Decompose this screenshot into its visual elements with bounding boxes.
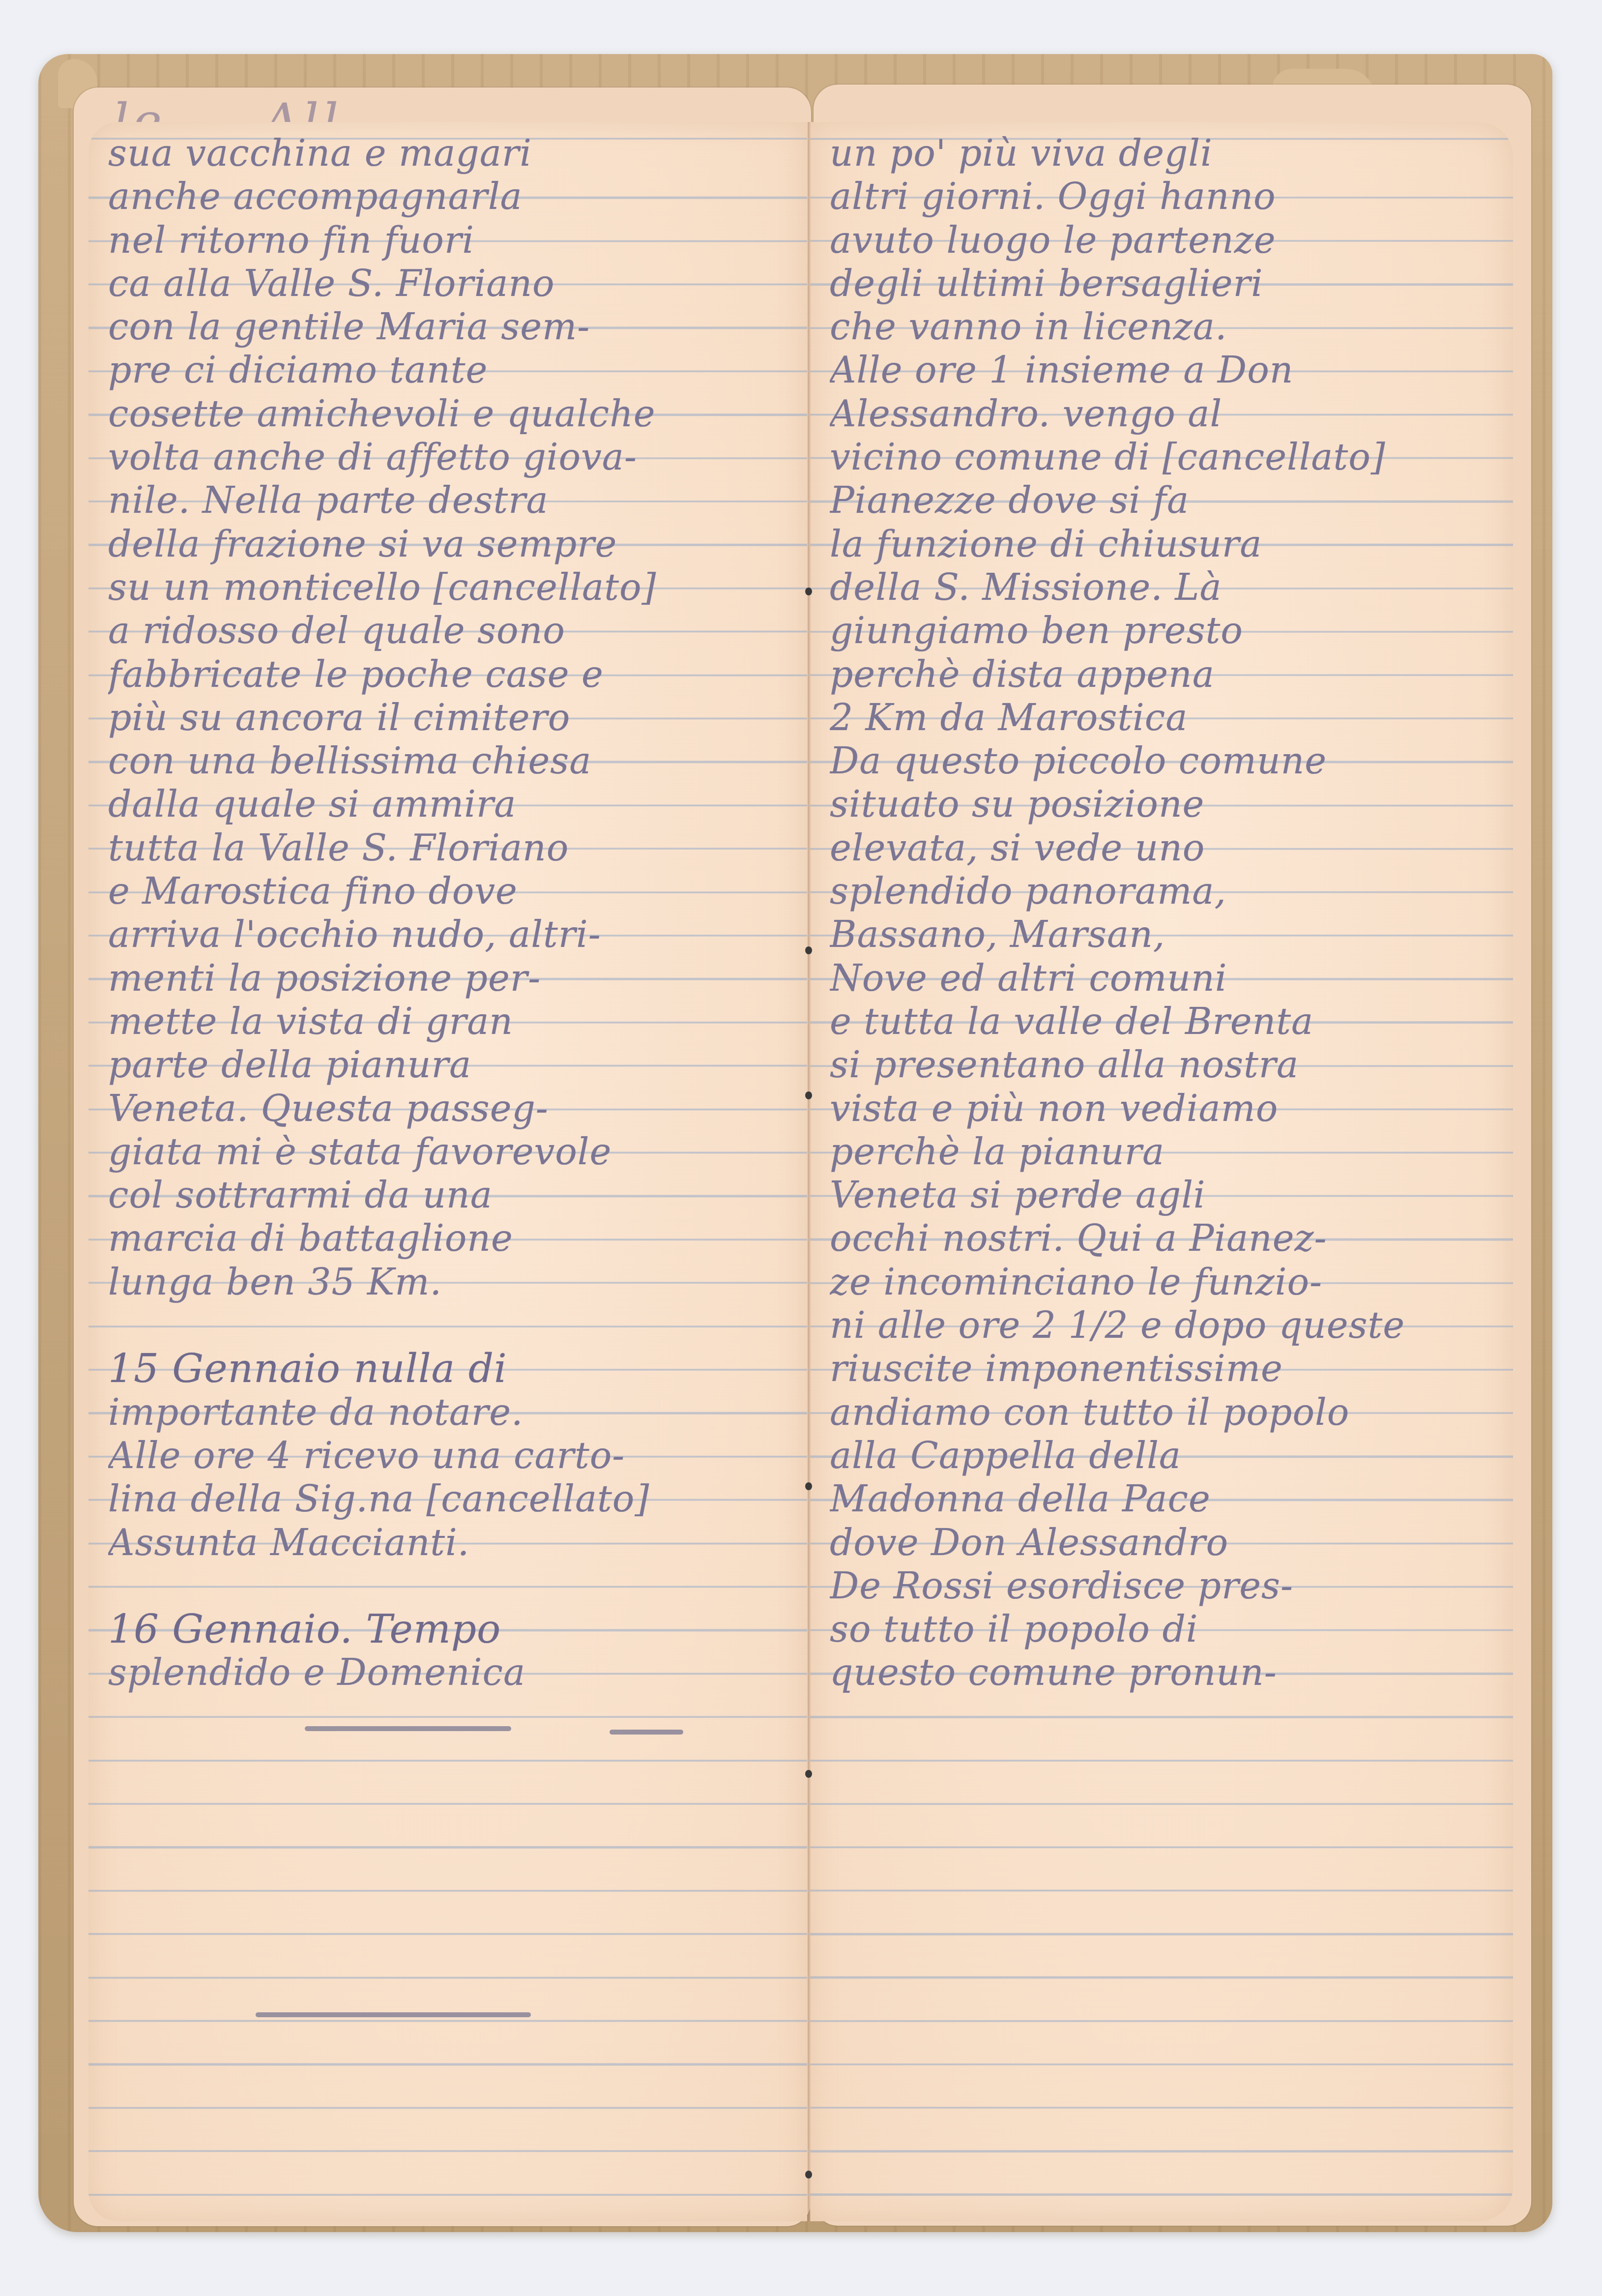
handwritten-line: Nove ed altri comuni <box>830 957 1498 1000</box>
handwritten-line: si presentano alla nostra <box>830 1043 1498 1087</box>
handwritten-line: lina della Sig.na [cancellato] <box>108 1477 792 1521</box>
entry-divider <box>256 2012 531 2017</box>
handwritten-line: riuscite imponentissime <box>830 1347 1498 1390</box>
handwritten-line: lunga ben 35 Km. <box>108 1261 792 1304</box>
handwritten-line: vicino comune di [cancellato] <box>830 436 1498 479</box>
handwritten-line: marcia di battaglione <box>108 1217 792 1260</box>
handwritten-line: volta anche di affetto giova- <box>108 436 792 479</box>
binding-stitch <box>805 1091 812 1099</box>
handwritten-line: vista e più non vediamo <box>830 1087 1498 1130</box>
handwritten-line: De Rossi esordisce pres- <box>830 1564 1498 1608</box>
blank-line <box>108 1304 792 1347</box>
handwritten-line: andiamo con tutto il popolo <box>830 1391 1498 1434</box>
handwritten-line: Assunta Maccianti. <box>108 1521 792 1564</box>
handwritten-line: pre ci diciamo tante <box>108 349 792 392</box>
handwritten-line: perchè la pianura <box>830 1130 1498 1174</box>
binding-stitch <box>805 946 812 954</box>
handwritten-line: splendido e Domenica <box>108 1651 792 1694</box>
handwritten-line: altri giorni. Oggi hanno <box>830 175 1498 218</box>
handwritten-line: situato su posizione <box>830 783 1498 826</box>
right-page: un po' più viva degli altri giorni. Oggi… <box>810 122 1513 2221</box>
handwritten-line: della frazione si va sempre <box>108 523 792 566</box>
handwritten-line: giata mi è stata favorevole <box>108 1130 792 1174</box>
diary-entry-date-line: 16 Gennaio. Tempo <box>108 1608 792 1651</box>
handwritten-line: Madonna della Pace <box>830 1477 1498 1521</box>
handwritten-line: Alle ore 1 insieme a Don <box>830 349 1498 392</box>
handwritten-line: più su ancora il cimitero <box>108 696 792 739</box>
handwritten-line: dalla quale si ammira <box>108 783 792 826</box>
left-page: sua vacchina e magari anche accompagnarl… <box>88 122 807 2221</box>
binding-stitch <box>805 1482 812 1490</box>
handwritten-line: arriva l'occhio nudo, altri- <box>108 913 792 956</box>
handwritten-line: ze incominciano le funzio- <box>830 1261 1498 1304</box>
handwritten-line: della S. Missione. Là <box>830 566 1498 609</box>
handwritten-line: splendido panorama, <box>830 870 1498 913</box>
notebook-spine-fold <box>808 122 811 2221</box>
handwritten-line: giungiamo ben presto <box>830 609 1498 652</box>
diary-entry-date-line: 15 Gennaio nulla di <box>108 1347 792 1390</box>
handwritten-line: Alle ore 4 ricevo una carto- <box>108 1434 792 1477</box>
handwritten-line: nel ritorno fin fuori <box>108 219 792 262</box>
handwritten-line: so tutto il popolo di <box>830 1608 1498 1651</box>
handwritten-line: mette la vista di gran <box>108 1000 792 1043</box>
handwritten-line: dove Don Alessandro <box>830 1521 1498 1564</box>
handwritten-line: e Marostica fino dove <box>108 870 792 913</box>
handwritten-line: Veneta si perde agli <box>830 1174 1498 1217</box>
binding-stitch <box>805 1770 812 1778</box>
entry-divider <box>610 1730 683 1735</box>
handwritten-line: cosette amichevoli e qualche <box>108 392 792 436</box>
handwritten-line: un po' più viva degli <box>830 132 1498 175</box>
handwritten-line: Da questo piccolo comune <box>830 739 1498 783</box>
entry-divider <box>305 1726 511 1731</box>
handwritten-line: fabbricate le poche case e <box>108 653 792 696</box>
handwritten-line: nile. Nella parte destra <box>108 479 792 522</box>
handwritten-line: perchè dista appena <box>830 653 1498 696</box>
handwritten-line: degli ultimi bersaglieri <box>830 262 1498 305</box>
handwritten-line: con una bellissima chiesa <box>108 739 792 783</box>
right-page-text: un po' più viva degli altri giorni. Oggi… <box>830 132 1498 1695</box>
handwritten-line: su un monticello [cancellato] <box>108 566 792 609</box>
handwritten-line: ni alle ore 2 1/2 e dopo queste <box>830 1304 1498 1347</box>
handwritten-line: questo comune pronun- <box>830 1651 1498 1694</box>
handwritten-line: e tutta la valle del Brenta <box>830 1000 1498 1043</box>
handwritten-line: che vanno in licenza. <box>830 305 1498 349</box>
handwritten-line: parte della pianura <box>108 1043 792 1087</box>
handwritten-line: Alessandro. vengo al <box>830 392 1498 436</box>
handwritten-line: importante da notare. <box>108 1391 792 1434</box>
handwritten-line: a ridosso del quale sono <box>108 609 792 652</box>
left-page-text: sua vacchina e magari anche accompagnarl… <box>108 132 792 1695</box>
handwritten-line: occhi nostri. Qui a Pianez- <box>830 1217 1498 1260</box>
handwritten-line: col sottrarmi da una <box>108 1174 792 1217</box>
handwritten-line: anche accompagnarla <box>108 175 792 218</box>
handwritten-line: Pianezze dove si fa <box>830 479 1498 522</box>
handwritten-line: con la gentile Maria sem- <box>108 305 792 349</box>
handwritten-line: 2 Km da Marostica <box>830 696 1498 739</box>
handwritten-line: la funzione di chiusura <box>830 523 1498 566</box>
handwritten-line: ca alla Valle S. Floriano <box>108 262 792 305</box>
handwritten-line: elevata, si vede uno <box>830 826 1498 870</box>
handwritten-line: sua vacchina e magari <box>108 132 792 175</box>
handwritten-line: tutta la Valle S. Floriano <box>108 826 792 870</box>
handwritten-line: menti la posizione per- <box>108 957 792 1000</box>
handwritten-line: Bassano, Marsan, <box>830 913 1498 956</box>
handwritten-line: Veneta. Questa passeg- <box>108 1087 792 1130</box>
handwritten-line: alla Cappella della <box>830 1434 1498 1477</box>
binding-stitch <box>805 2171 812 2178</box>
blank-line <box>108 1564 792 1608</box>
handwritten-line: avuto luogo le partenze <box>830 219 1498 262</box>
binding-stitch <box>805 588 812 595</box>
